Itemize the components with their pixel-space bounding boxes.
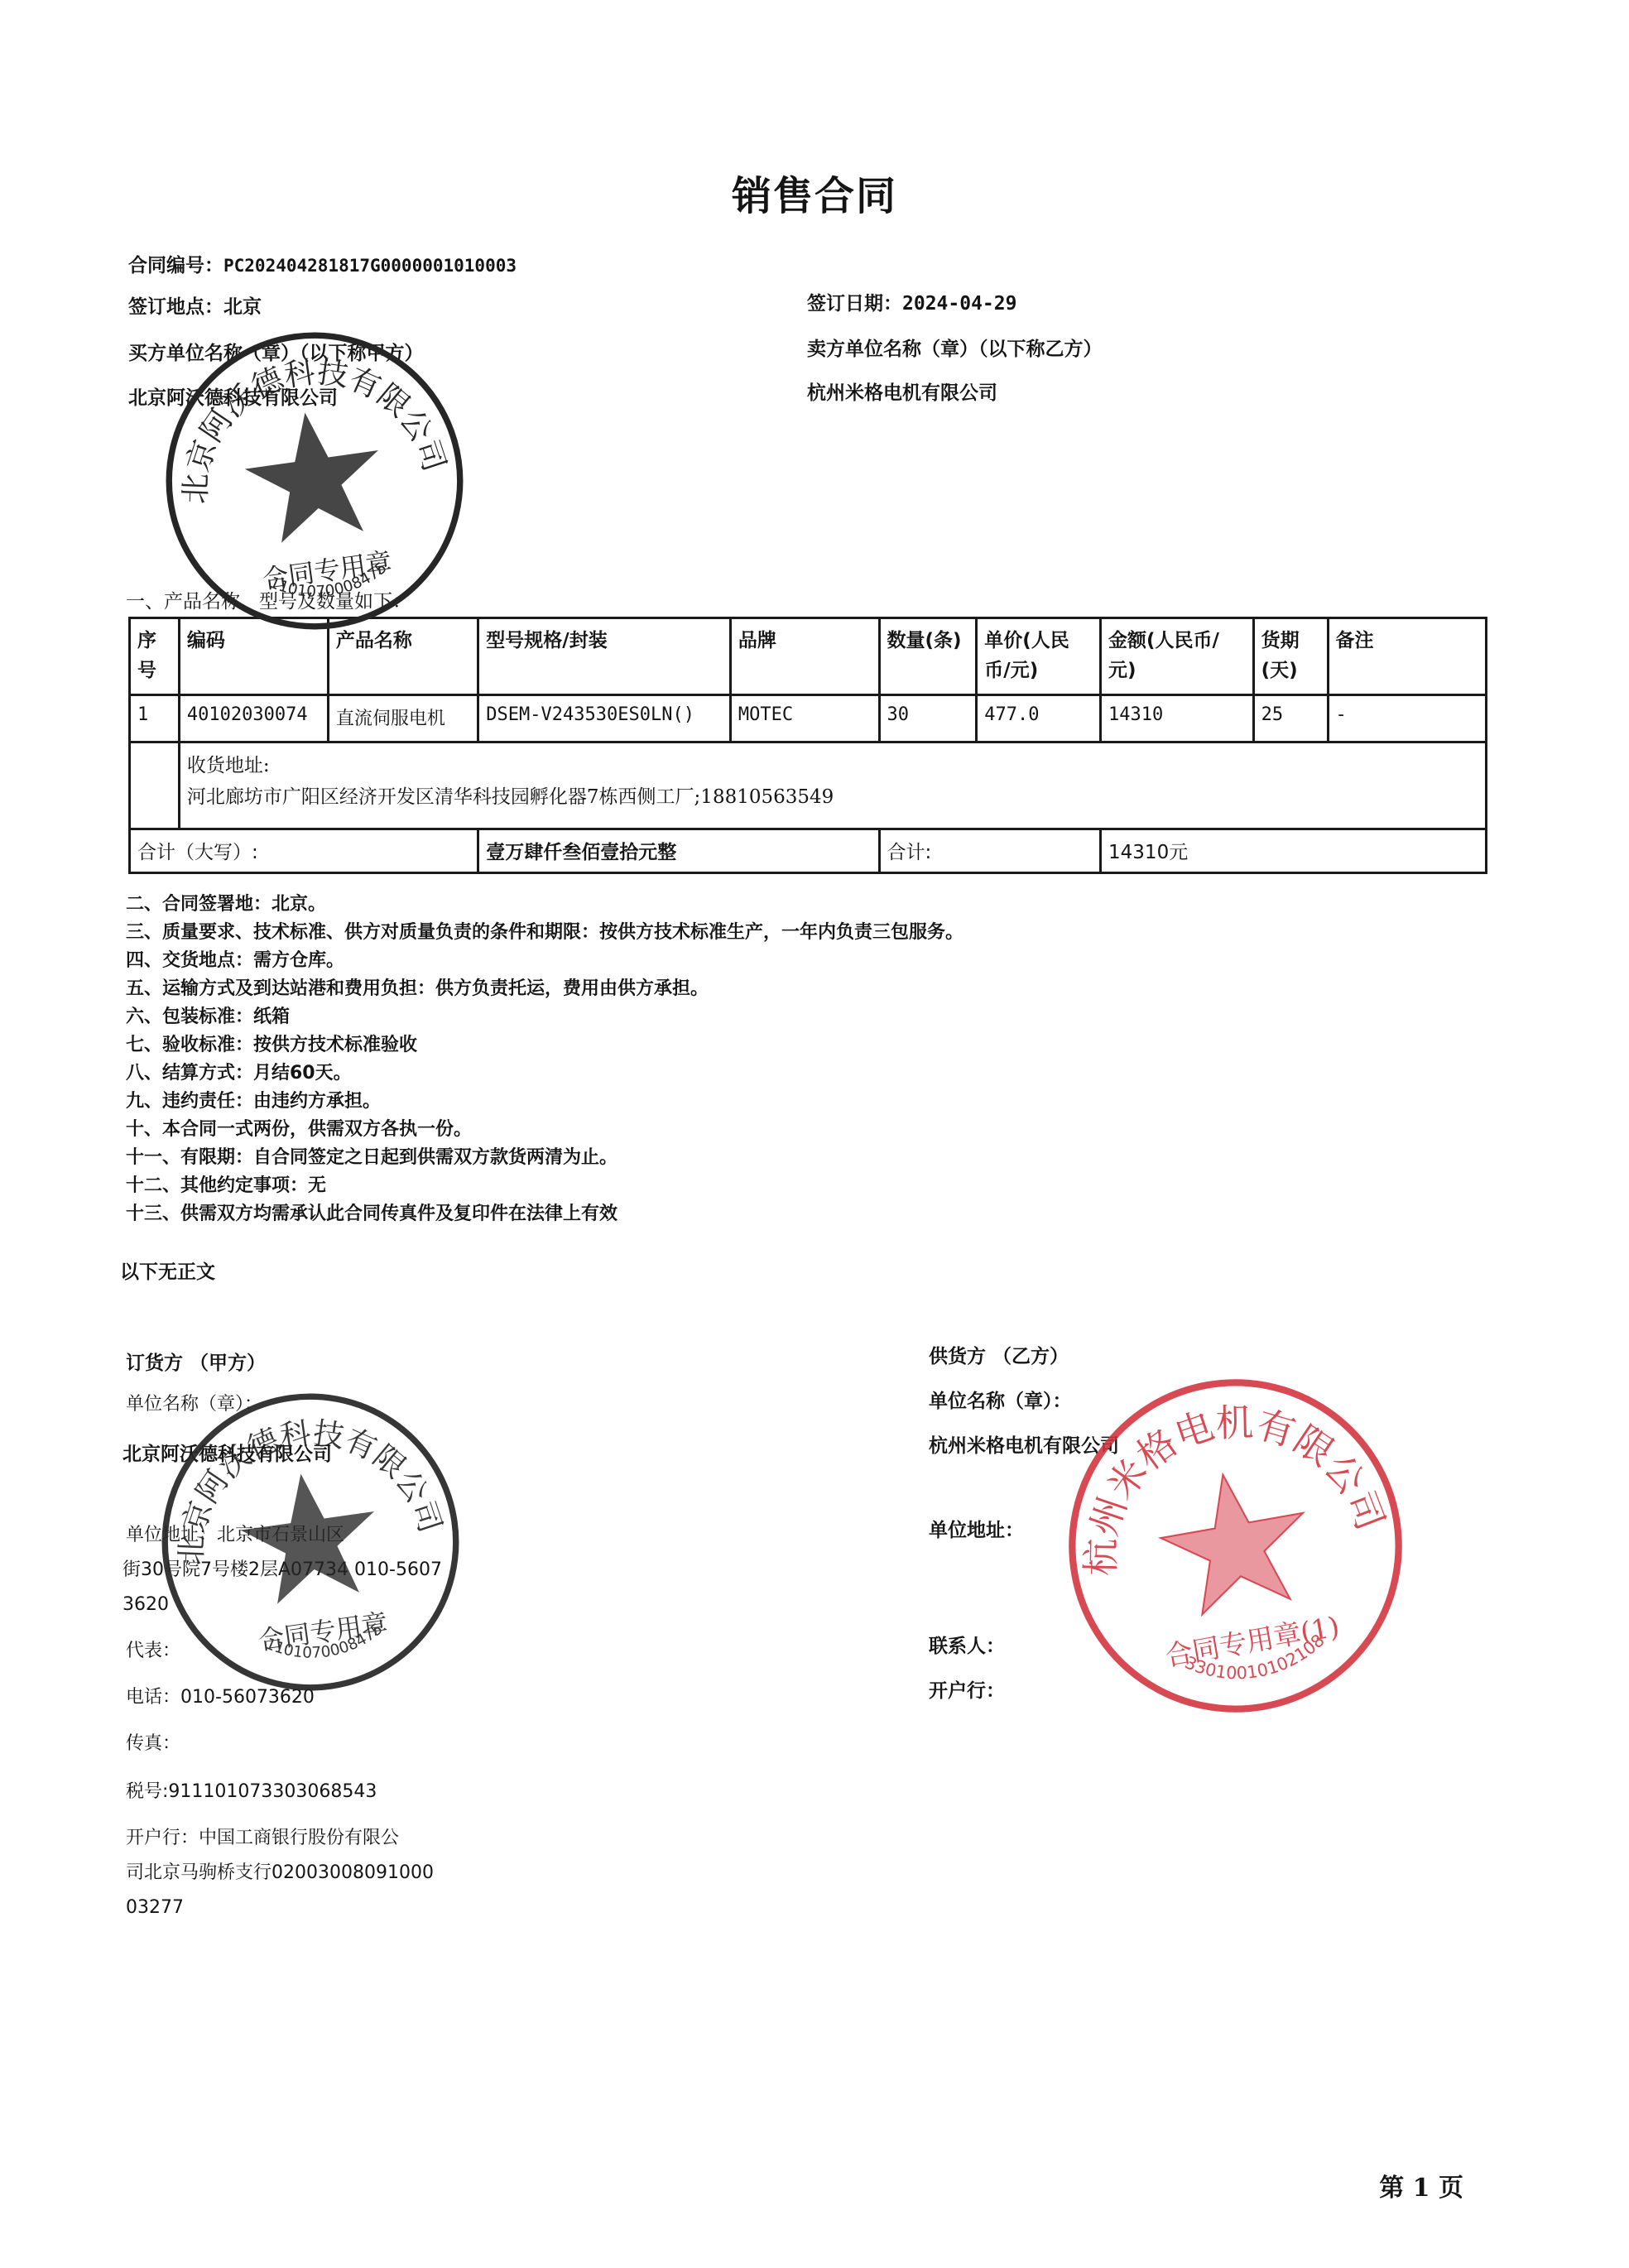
star-icon — [1152, 1463, 1318, 1620]
buyer-company-seal-bottom: 北京阿沃德科技有限公司 合同专用章 1101070008475 — [133, 1368, 488, 1715]
seal-buyer-svg: 北京阿沃德科技有限公司 合同专用章 1101070008475 — [137, 307, 492, 654]
cell-quantity: 30 — [879, 695, 977, 742]
total-row: 合计（大写）: 壹万肆仟叁佰壹拾元整 合计: 14310元 — [130, 829, 1487, 873]
delivery-address-label: 收货地址: — [187, 750, 1478, 781]
seller-address-label: 单位地址： — [929, 1515, 1024, 1542]
seal-seller-svg: 杭州米格电机有限公司 合同专用章(1) 33010010102108 — [1036, 1347, 1434, 1745]
buyer-tax: 税号:911101073303068543 — [126, 1780, 377, 1804]
header-quantity: 数量(条) — [879, 618, 977, 695]
header-no: 序号 — [130, 618, 180, 695]
sign-date-value: 2024-04-29 — [902, 293, 1016, 315]
total-upper-value: 壹万肆仟叁佰壹拾元整 — [478, 829, 879, 873]
clause-6: 六、包装标准：纸箱 — [126, 1003, 963, 1031]
clause-10: 十、本合同一式两份，供需双方各执一份。 — [126, 1116, 963, 1144]
document-title: 销售合同 — [0, 164, 1629, 221]
buyer-tax-label: 税号: — [126, 1781, 168, 1802]
contract-number: 合同编号：PC202404281817G0000001010003 — [128, 250, 517, 277]
clause-5: 五、运输方式及到达站港和费用负担：供方负责托运，费用由供方承担。 — [126, 975, 963, 1003]
table-row: 1 40102030074 直流伺服电机 DSEM-V243530ES0LN()… — [130, 695, 1487, 742]
seller-contact-label: 联系人： — [929, 1631, 1005, 1658]
empty-cell — [130, 742, 180, 829]
clause-12: 十二、其他约定事项：无 — [126, 1172, 963, 1200]
header-lead-time: 货期(天) — [1253, 618, 1328, 695]
cell-amount: 14310 — [1101, 695, 1254, 742]
buyer-bank-label: 开户行： — [126, 1828, 199, 1848]
cell-lead-time: 25 — [1253, 695, 1328, 742]
header-brand: 品牌 — [730, 618, 879, 695]
seller-name: 杭州米格电机有限公司 — [807, 377, 997, 405]
cell-no: 1 — [130, 695, 180, 742]
total-upper-label: 合计（大写）: — [130, 829, 478, 873]
seal-buyer-svg-2: 北京阿沃德科技有限公司 合同专用章 1101070008475 — [133, 1368, 488, 1715]
clause-4: 四、交货地点：需方仓库。 — [126, 947, 963, 975]
page-number: 第 1 页 — [1379, 2167, 1463, 2203]
header-remark: 备注 — [1328, 618, 1486, 695]
header-amount: 金额(人民币/元) — [1101, 618, 1254, 695]
clause-13: 十三、供需双方均需承认此合同传真件及复印件在法律上有效 — [126, 1200, 963, 1228]
clause-9: 九、违约责任：由违约方承担。 — [126, 1088, 963, 1116]
header-model: 型号规格/封装 — [478, 618, 731, 695]
contract-number-value: PC202404281817G0000001010003 — [223, 256, 517, 276]
product-table: 序号 编码 产品名称 型号规格/封装 品牌 数量(条) 单价(人民币/元) 金额… — [128, 617, 1487, 874]
buyer-party-heading: 订货方 （甲方） — [126, 1348, 266, 1375]
clause-11: 十一、有限期：自合同签定之日起到供需双方款货两清为止。 — [126, 1144, 963, 1172]
sign-date: 签订日期：2024-04-29 — [807, 288, 1016, 315]
cell-remark: - — [1328, 695, 1486, 742]
buyer-bank-line3: 03277 — [126, 1896, 184, 1920]
seller-company-seal: 杭州米格电机有限公司 合同专用章(1) 33010010102108 — [1036, 1347, 1434, 1745]
sign-place-label: 签订地点： — [128, 296, 223, 318]
delivery-address: 河北廊坊市广阳区经济开发区清华科技园孵化器7栋西侧工厂;18810563549 — [187, 781, 1478, 813]
seller-party-heading: 供货方 （乙方） — [929, 1341, 1069, 1368]
buyer-fax-label: 传真： — [126, 1732, 180, 1756]
delivery-address-cell: 收货地址: 河北廊坊市广阳区经济开发区清华科技园孵化器7栋西侧工厂;188105… — [179, 742, 1486, 829]
sign-place: 签订地点：北京 — [128, 291, 262, 319]
contract-number-label: 合同编号： — [128, 255, 223, 276]
total-label: 合计: — [879, 829, 1101, 873]
cell-code: 40102030074 — [179, 695, 328, 742]
sign-place-value: 北京 — [223, 296, 262, 318]
buyer-bank-value: 中国工商银行股份有限公 — [199, 1828, 399, 1848]
buyer-bank-line1: 开户行：中国工商银行股份有限公 — [126, 1826, 399, 1851]
clause-8: 八、结算方式：月结60天。 — [126, 1060, 963, 1088]
contract-clauses: 二、合同签署地：北京。 三、质量要求、技术标准、供方对质量负责的条件和期限：按供… — [126, 891, 963, 1228]
star-icon — [238, 403, 389, 546]
seller-bank-label: 开户行： — [929, 1675, 1005, 1703]
seller-heading: 卖方单位名称（章）（以下称乙方） — [807, 334, 1103, 361]
total-value: 14310元 — [1101, 829, 1487, 873]
buyer-bank-line2: 司北京马驹桥支行02003008091000 — [126, 1861, 434, 1886]
buyer-tax-value: 911101073303068543 — [168, 1781, 377, 1802]
clause-2: 二、合同签署地：北京。 — [126, 891, 963, 919]
clause-3: 三、质量要求、技术标准、供方对质量负责的条件和期限：按供方技术标准生产，一年内负… — [126, 919, 963, 947]
buyer-company-seal-top: 北京阿沃德科技有限公司 合同专用章 1101070008475 — [137, 307, 492, 654]
star-icon — [234, 1464, 385, 1607]
cell-product-name: 直流伺服电机 — [328, 695, 478, 742]
delivery-address-row: 收货地址: 河北廊坊市广阳区经济开发区清华科技园孵化器7栋西侧工厂;188105… — [130, 742, 1487, 829]
cell-model: DSEM-V243530ES0LN() — [478, 695, 731, 742]
sign-date-label: 签订日期： — [807, 293, 902, 315]
clause-7: 七、验收标准：按供方技术标准验收 — [126, 1031, 963, 1060]
end-note: 以下无正文 — [120, 1257, 215, 1284]
header-unit-price: 单价(人民币/元) — [977, 618, 1101, 695]
cell-brand: MOTEC — [730, 695, 879, 742]
cell-unit-price: 477.0 — [977, 695, 1101, 742]
